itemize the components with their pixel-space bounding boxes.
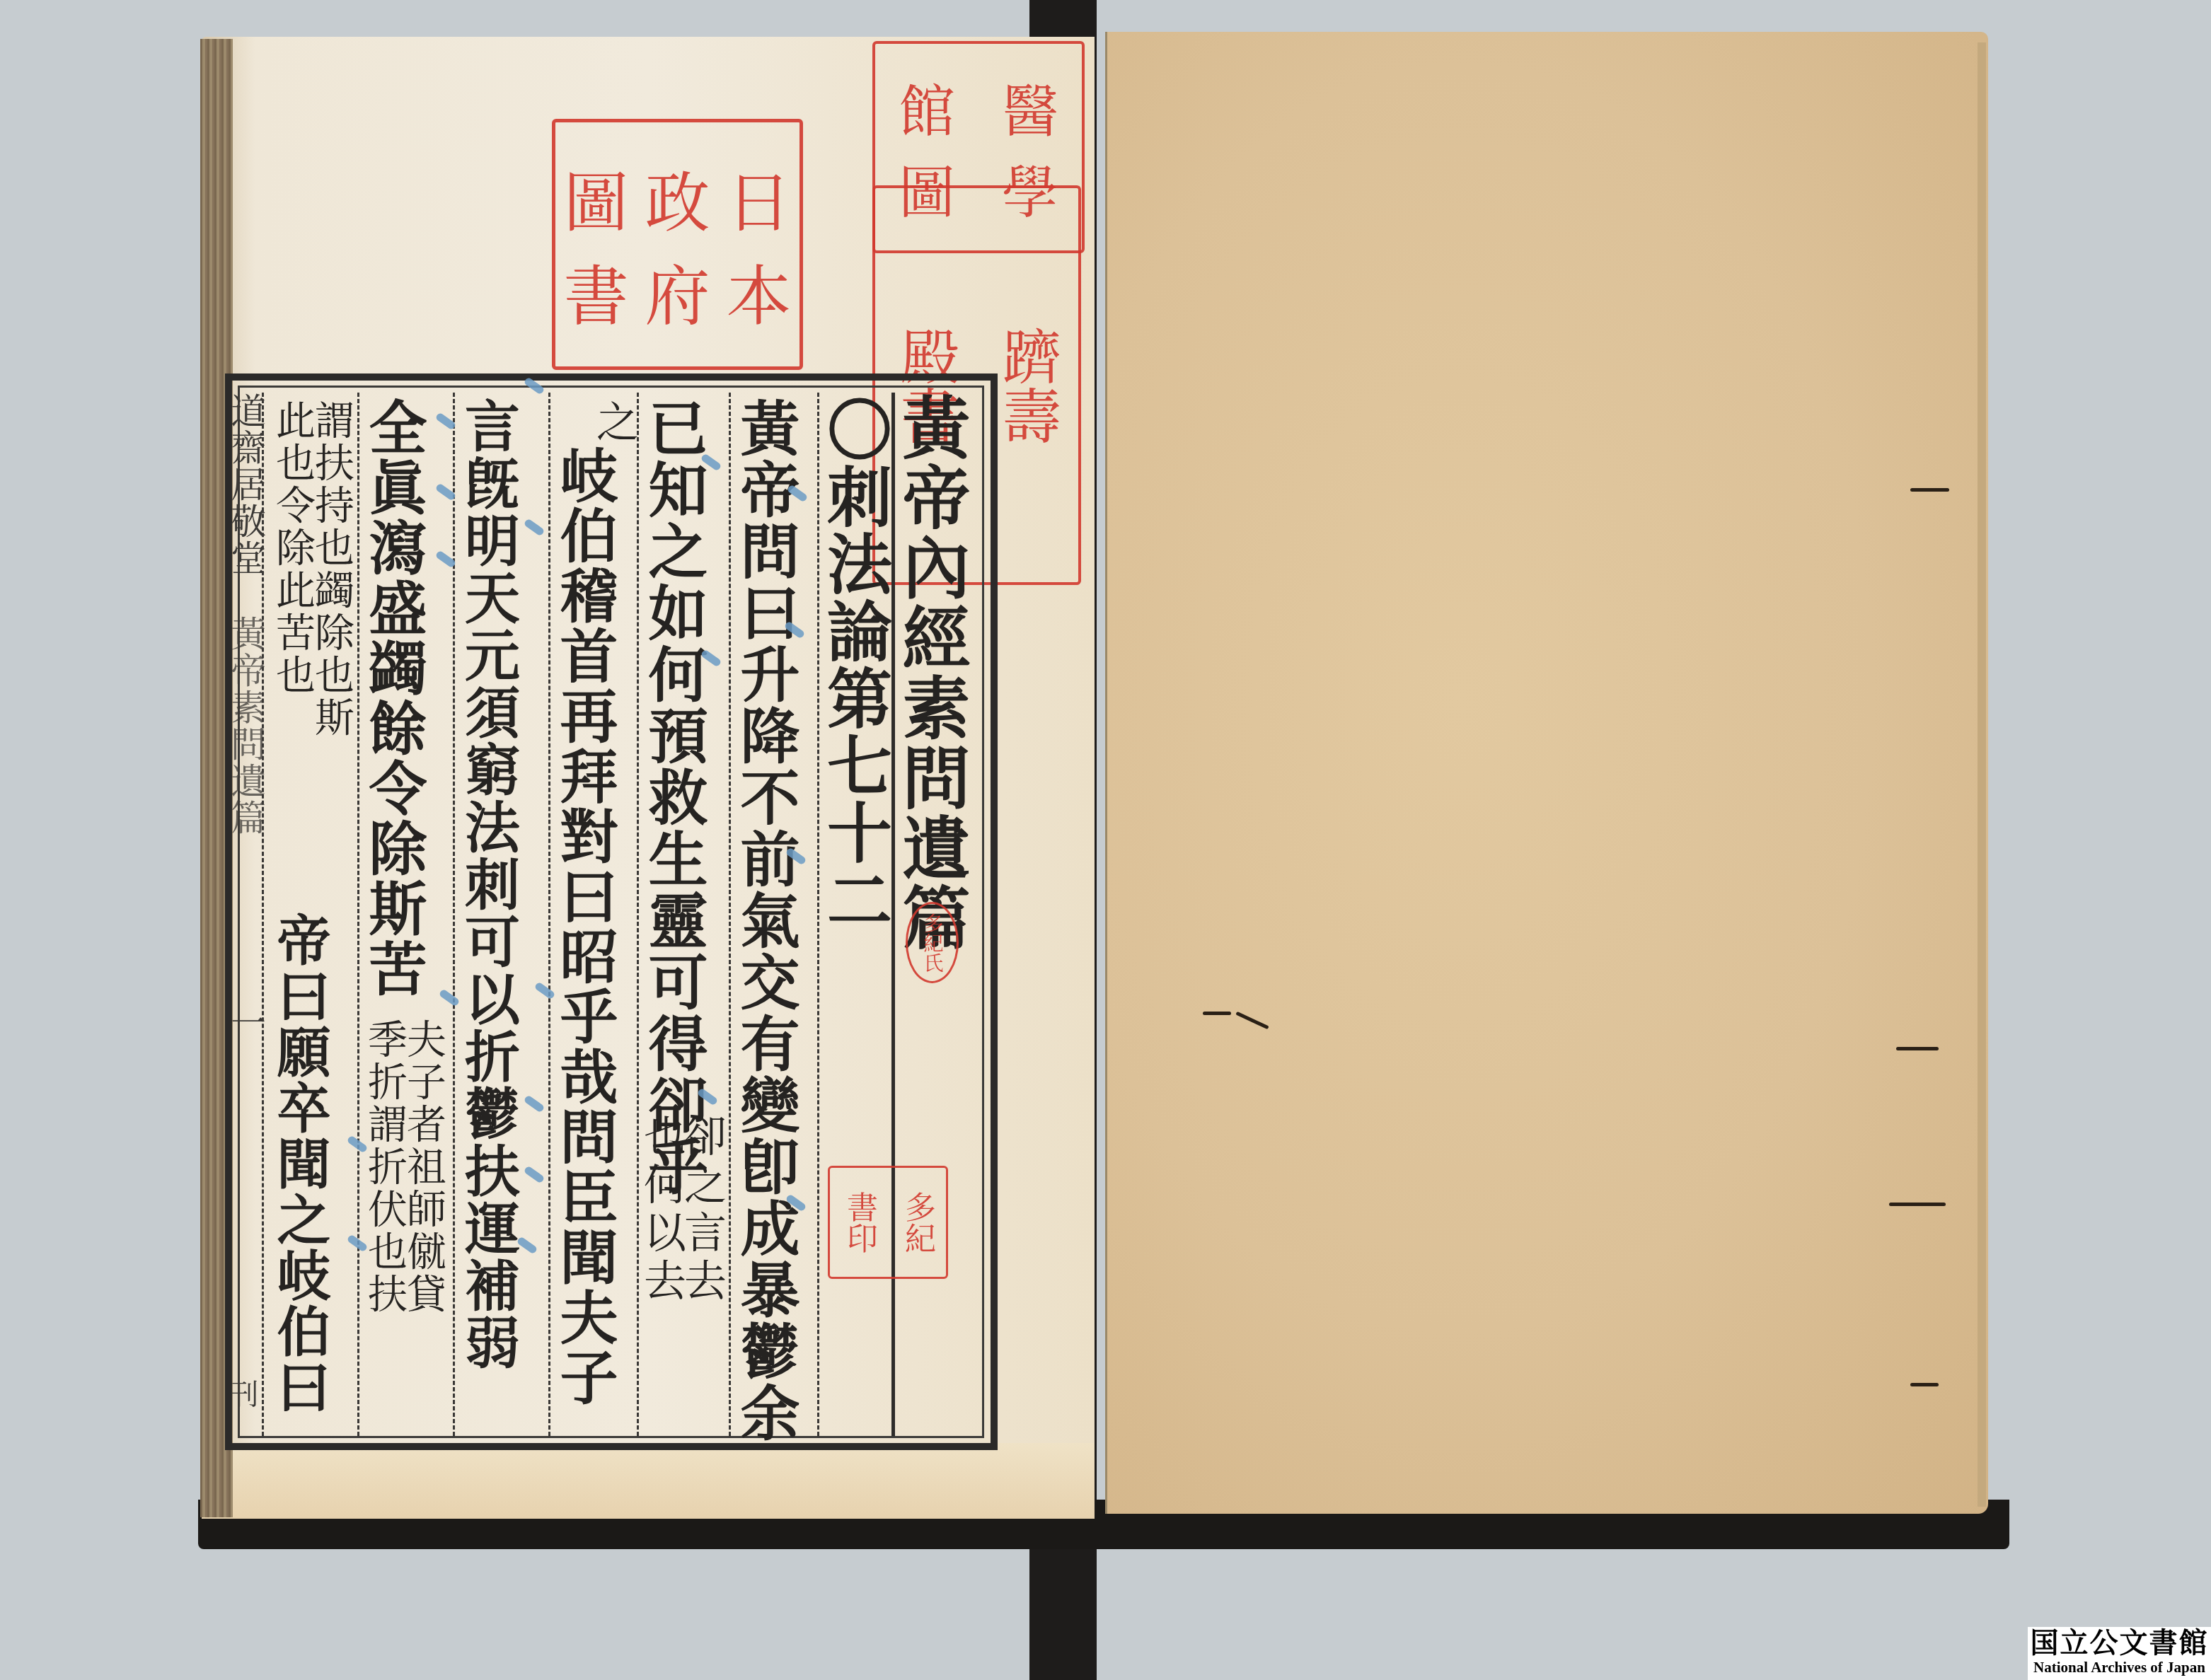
annotation-3-top: 之 xyxy=(593,400,635,448)
seal-taki-shi-zosho-in: 書印 多紀 xyxy=(828,1166,948,1279)
worm-hole xyxy=(1889,1203,1946,1206)
logo-english: National Archives of Japan xyxy=(2028,1659,2211,1675)
margin-bottom-mark: 刊 xyxy=(228,1379,256,1409)
text-column-4: 言旣明天元須窮法刺可以折鬱扶運補弱 xyxy=(460,398,515,1372)
right-page-blank xyxy=(1105,32,1988,1514)
seal-taki-oval: 多紀氏 xyxy=(906,902,959,983)
left-page-margin-stain xyxy=(202,1443,1095,1519)
annotation-5a: 夫子者祖師僦貸 xyxy=(403,1019,443,1316)
logo-japanese: 国立公文書館 xyxy=(2028,1627,2211,1659)
annotation-2a: 卻之言去 xyxy=(681,1114,723,1307)
text-column-1: 黃帝問曰升降不前氣交有變卽成暴鬱余 xyxy=(736,398,795,1444)
text-column-5: 全眞瀉盛蠲餘令除斯苦 xyxy=(364,398,422,999)
annotation-6b: 此也令除此苦也 xyxy=(272,400,312,697)
book-title-column: 黃帝內經素問遺篇 xyxy=(897,393,965,953)
margin-book-title: 黃帝素問遺篇 xyxy=(228,615,263,836)
leaf-number: 一 xyxy=(228,1004,263,1041)
worm-hole xyxy=(1910,488,1949,492)
annotation-6a: 謂扶持也蠲除也斯 xyxy=(311,400,351,739)
text-column-6-tail: 帝曰願卒聞之岐伯曰 xyxy=(272,913,326,1415)
chapter-heading: 〇刺法論第七十二 xyxy=(822,396,887,934)
text-column-3: 岐伯稽首再拜對曰昭乎哉問臣聞夫子 xyxy=(555,446,613,1408)
column-rule xyxy=(453,393,455,1436)
national-archives-logo: 国立公文書館 National Archives of Japan xyxy=(2028,1627,2211,1680)
publisher-name: 道齋居敬堂 xyxy=(228,393,263,577)
annotation-2b: 也何以去 xyxy=(640,1114,683,1307)
annotation-5b: 季折謂折伏也扶 xyxy=(364,1019,404,1316)
right-page-edge xyxy=(1978,42,1986,1507)
worm-hole xyxy=(1910,1383,1939,1386)
worm-hole xyxy=(1203,1012,1231,1015)
worm-hole xyxy=(1896,1047,1939,1050)
seal-nihon-seifu-tosho: 圖書 政府 日本 xyxy=(552,119,803,370)
text-column-2: 已知之如何預救生靈可得卻乎 xyxy=(644,398,703,1198)
